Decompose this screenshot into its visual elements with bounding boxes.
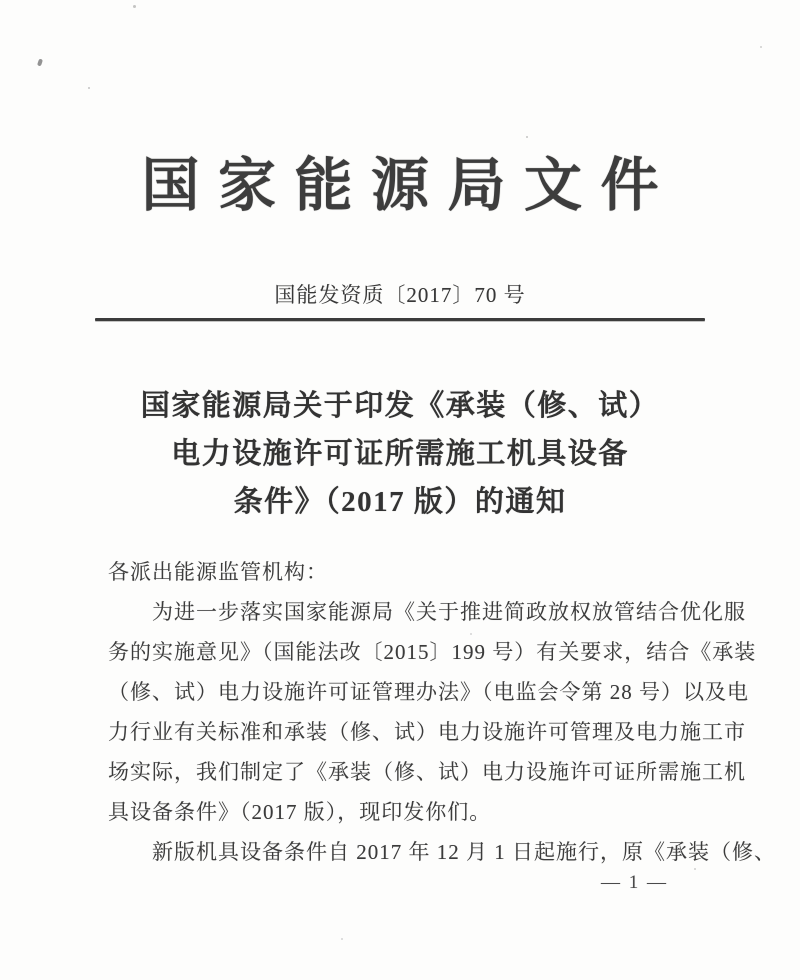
document-title-line: 国家能源局关于印发《承装（修、试） [0,382,800,430]
document-reference-number: 国能发资质〔2017〕70 号 [0,279,800,309]
body-text-line: 具设备条件》（2017 版），现印发你们。 [108,792,768,832]
scanned-document-page: 国 家 能 源 局 文 件 国能发资质〔2017〕70 号 国家能源局关于印发《… [0,0,800,980]
masthead-divider-rule [95,318,705,321]
scan-speck [760,46,762,48]
body-text-line: 务的实施意见》（国能法改〔2015〕199 号）有关要求，结合《承装 [108,632,768,672]
page-footer: — 1 — [0,872,800,894]
scan-speck [341,938,343,940]
body-text-line: 各派出能源监管机构： [108,552,768,592]
body-text-line: （修、试）电力设施许可证管理办法》（电监会令第 28 号）以及电 [108,672,768,712]
document-title-line: 电力设施许可证所需施工机具设备 [0,430,800,478]
scan-speck [37,59,43,67]
document-title-line: 条件》（2017 版）的通知 [0,478,800,526]
agency-masthead: 国 家 能 源 局 文 件 [0,138,800,222]
body-text-line: 为进一步落实国家能源局《关于推进简政放权放管结合优化服 [108,592,768,632]
body-text-line: 场实际，我们制定了《承装（修、试）电力设施许可证所需施工机 [108,752,768,792]
scan-speck [88,87,90,89]
body-text-line: 新版机具设备条件自 2017 年 12 月 1 日起施行，原《承装（修、 [108,832,768,872]
page-number: — 1 — [601,872,668,893]
body-text-line: 力行业有关标准和承装（修、试）电力设施许可管理及电力施工市 [108,712,768,752]
document-body: 各派出能源监管机构：为进一步落实国家能源局《关于推进简政放权放管结合优化服务的实… [108,552,768,872]
document-title: 国家能源局关于印发《承装（修、试） 电力设施许可证所需施工机具设备 条件》（20… [0,382,800,526]
scan-speck [133,5,136,8]
